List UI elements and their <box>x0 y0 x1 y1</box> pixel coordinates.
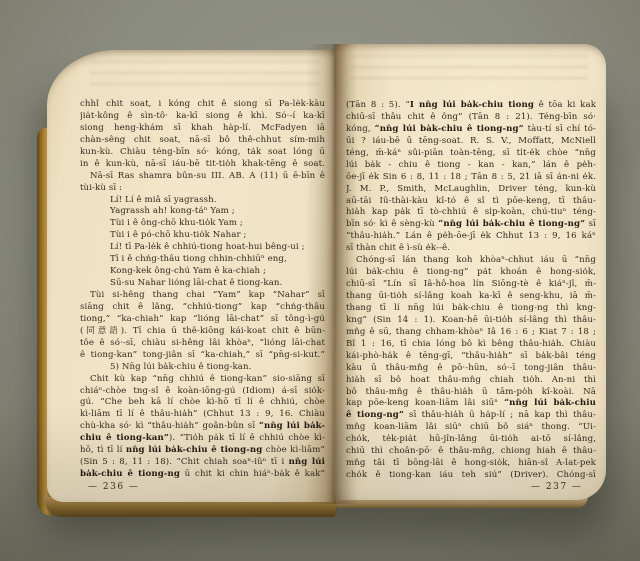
text-line: chiu ê tiong-kan”). “Tio̍h pa̍k tī lí ê … <box>80 433 325 445</box>
text-segment: sī thâu-hia̍h ū ha̍p-lí ; nā kap thì thâ… <box>404 410 596 420</box>
text-line: lúi ba̍k-chiu ê tiong-ng” pa̍t khoán ê h… <box>346 267 596 279</box>
bold-text-segment: nn̄g lúi ba̍k-chiu ê tiong-ng <box>126 445 263 455</box>
text-line: Nā-sī Ras shamra bûn-su III. AB. A (11) … <box>80 171 325 183</box>
text-line: siong heng-khám sī khah ha̍p-lí. McFadye… <box>80 123 325 135</box>
text-line: cho̍k, te̍k-pia̍t hū-jîn-lâng ūi-tio̍h a… <box>346 434 596 446</box>
text-segment: kun-kù. Chiàu téng-bīn só· kóng, ta̍k so… <box>80 147 325 157</box>
text-line: in ê kun-kù, nā-sī iáu-bē tit-tio̍h khak… <box>80 159 325 171</box>
text-segment: sī thàn chit ê ì-sù e̍k--ê. <box>346 243 450 253</box>
text-segment: téng, m̄-káⁿ sûi-piān toàn-tēng, sī ti̍t… <box>346 148 596 158</box>
text-line: Yagrassh ah! kong-táⁿ Yam ; <box>80 206 325 218</box>
text-line: Kong-kek ông-chú Yam ê ka-chiah ; <box>80 266 325 278</box>
text-line: ūi ? iáu-bē ū tēng-soat. R. S. V., Moffa… <box>346 136 596 148</box>
text-line: chù-kha só· kì “thâu-hia̍h” goân-bûn sī … <box>80 421 325 433</box>
text-segment: gú. “Che beh kā lí chòe kì-hō tī lí ê ch… <box>80 397 325 407</box>
text-segment: chòe kì-liām” <box>262 445 325 455</box>
text-line: mn̂g koan-liām lâi siūⁿ chiū bô siáⁿ tho… <box>346 422 596 434</box>
text-line: chiū thì choân-pō· ê thâu-mn̂g, chiong h… <box>346 446 596 458</box>
text-line: thang ūi-tio̍h sí-lâng koah ka-kī ê seng… <box>346 291 596 303</box>
text-line: hia̍h kap pa̍k tī tò-chhiú ê si̍p-koàn, … <box>346 207 596 219</box>
text-line: Sū-su Nahar lióng lāi-chat ê tiong-kan. <box>80 278 325 290</box>
text-segment: ū chit ki chin hiáⁿ-ba̍k ê kak” <box>180 469 325 479</box>
text-segment: bīn só· kì ê sèng-kù <box>346 219 438 229</box>
text-line: ê tiong-kan” tong-jiân sī “ka-chiah,” sī… <box>80 350 325 362</box>
text-line: kun-kù. Chiàu téng-bīn só· kóng, ta̍k so… <box>80 147 325 159</box>
text-segment: siong heng-khám sī khah ha̍p-lí. McFadye… <box>80 123 325 133</box>
text-segment: Tùi i ê ông-chō khu-tio̍k Yam ; <box>110 218 243 228</box>
text-line: Tùi i ê pó-chō khu-tio̍k Nahar ; <box>80 230 325 242</box>
text-segment: aū-tāi Iû-thài-kàu kî-tó ê sî tì pōe-ken… <box>346 196 596 206</box>
text-segment: thang ūi-tio̍h sí-lâng koah ka-kī ê seng… <box>346 291 596 301</box>
text-line: siāng chit ê lâng, “chhiú-tiong” kap “ch… <box>80 302 325 314</box>
text-line: bīn só· kì ê sèng-kù “nn̄g lúi ba̍k-chiu… <box>346 219 596 231</box>
text-segment: lúi ba̍k-chiu ê tiong-ng” pa̍t khoán ê h… <box>346 267 596 277</box>
text-line: kàu ū thâu-mn̂g ê pō·-hūn, só·-ī tong-ji… <box>346 363 596 375</box>
bold-text-segment: “nn̄g lúi ba̍k-chiu ê tiong-ng” <box>438 219 585 229</box>
right-page-number: — 237 — <box>531 482 582 492</box>
book-photo: chhî chit soat, i kóng chit ê siong sī P… <box>0 0 640 561</box>
text-segment: Sū-su Nahar lióng lāi-chat ê tiong-kan. <box>110 278 282 288</box>
text-line: J. M. P., Smith, McLaughlin, Driver téng… <box>346 184 596 196</box>
text-line: aū-tāi Iû-thài-kàu kî-tó ê sî tì pōe-ken… <box>346 196 596 208</box>
text-segment: ê tiong-kan” tong-jiân sī “ka-chiah,” sī… <box>80 350 325 360</box>
text-segment: Tùi i ê pó-chō khu-tio̍k Nahar ; <box>110 230 247 240</box>
bold-text-segment: ba̍k-chiu ê tiong-ng <box>80 469 180 479</box>
left-page-text-column: chhî chit soat, i kóng chit ê siong sī P… <box>80 99 325 481</box>
text-segment: (Sin 5 : 8, 11 : 18). “Chit chiah soaⁿ-i… <box>80 457 289 467</box>
text-line: téng, m̄-káⁿ sûi-piān toàn-tēng, sī ti̍t… <box>346 148 596 160</box>
text-line: ba̍k-chiu ê tiong-ng ū chit ki chin hiáⁿ… <box>80 469 325 481</box>
text-line: gú. “Che beh kā lí chòe kì-hō tī lí ê ch… <box>80 397 325 409</box>
text-segment: mn̂g koan-liām lâi siūⁿ chiū bô siáⁿ tho… <box>346 422 596 432</box>
text-line: kng” (Sin 14 : 1). Koan-hē ūi-tio̍h sí-l… <box>346 315 596 327</box>
text-line: (Sin 5 : 8, 11 : 18). “Chit chiah soaⁿ-i… <box>80 457 325 469</box>
bold-text-segment: ê tiong-ng” <box>346 410 404 420</box>
text-line: kap pōe-keng koan-liām lâi siūⁿ “nn̄g lú… <box>346 398 596 410</box>
text-segment: “thâu-hia̍h.” Lán ê pe̍h-ōe-jī e̍k Chhut… <box>346 231 596 241</box>
text-segment: J. M. P., Smith, McLaughlin, Driver téng… <box>346 184 596 194</box>
text-line: tôe ê só·-sī, chiàu si-hêng lâi khòaⁿ, “… <box>80 338 325 350</box>
text-line: hia̍h sī bô hoat thâu-mn̂g chiah tio̍h. … <box>346 375 596 387</box>
text-segment: (同意語). Tī chia ū thê-kiōng kái-koat chit… <box>80 326 325 336</box>
text-segment: ōe-jī e̍k Sin 6 : 8, 11 : 18 ; Tān 8 : 5… <box>346 172 596 182</box>
text-line: lúi ba̍k - chiu ê tiong - kan - kan,” lá… <box>346 160 596 172</box>
text-segment: chiū-sī thâu chit ê ông” (Tān 8 : 21). T… <box>346 112 596 122</box>
text-line: Tùi si-hêng thang chai “Yam” kap “Nahar”… <box>80 290 325 302</box>
text-line: kì-liām tī lí ê thâu-hia̍h” (Chhut 13 : … <box>80 409 325 421</box>
text-segment: chàn-sêng chit soat, nā-sī bô thê-chhut … <box>80 135 325 145</box>
text-segment: hia̍h kap pa̍k tī tò-chhiú ê si̍p-koàn, … <box>346 207 596 217</box>
text-segment: chhî chit soat, i kóng chit ê siong sī P… <box>80 99 325 109</box>
text-line: 5) Nn̄g lúi ba̍k-chiu ê tiong-kan. <box>80 362 325 374</box>
text-segment: hia̍h sī bô hoat thâu-mn̂g chiah tio̍h. … <box>346 375 596 385</box>
text-segment: kap pōe-keng koan-liām lâi siūⁿ <box>346 398 504 408</box>
bold-text-segment: “nn̄g lúi ba̍k-chiu ê tiong-ng” <box>375 124 524 134</box>
text-segment: Yagrassh ah! kong-táⁿ Yam ; <box>110 206 235 216</box>
text-line: Chóng-sī lán thang koh khòaⁿ-chhut iáu ū… <box>346 255 596 267</box>
text-line: ōe-jī e̍k Sin 6 : 8, 11 : 18 ; Tān 8 : 5… <box>346 172 596 184</box>
text-segment: kng” (Sin 14 : 1). Koan-hē ūi-tio̍h sí-l… <box>346 315 596 325</box>
text-segment: Lí! Lí ê miâ sī yagrassh. <box>110 195 217 205</box>
text-segment: chiáⁿ-chòe tng-sî ê koàn-iōng-gú (Idiom)… <box>80 386 325 396</box>
text-segment: mn̂g tâi tī bōng-lāi ê hong-sio̍k, hiān-… <box>346 458 596 468</box>
text-segment: chiū thì choân-pō· ê thâu-mn̂g, chiong h… <box>346 446 596 456</box>
text-segment: Nā-sī Ras shamra bûn-su III. AB. A (11) … <box>90 171 325 181</box>
text-segment: bô thâu-mn̂g ê thâu-hia̍h ū tām-po̍h kî-… <box>346 387 596 397</box>
text-line: hō, tì tī lí nn̄g lúi ba̍k-chiu ê tiong-… <box>80 445 325 457</box>
text-segment: chù-kha só· kì “thâu-hia̍h” goân-bûn sī <box>80 421 259 431</box>
text-line: tùi-kù sī : <box>80 183 325 195</box>
bold-text-segment: “nn̄g lúi ba̍k- <box>259 421 325 431</box>
text-line: bô thâu-mn̂g ê thâu-hia̍h ū tām-po̍h kî-… <box>346 387 596 399</box>
text-line: (同意語). Tī chia ū thê-kiōng kái-koat chit… <box>80 326 325 338</box>
text-segment: sī <box>585 219 596 229</box>
text-line: sī thàn chit ê ì-sù e̍k--ê. <box>346 243 596 255</box>
text-line: mn̂g ê sū, thang chham-khòaⁿ Iâ 16 : 6 ;… <box>346 327 596 339</box>
text-segment: Kong-kek ông-chú Yam ê ka-chiah ; <box>110 266 266 276</box>
text-line: Lí! Lí ê miâ sī yagrassh. <box>80 195 325 207</box>
text-segment: lúi ba̍k - chiu ê tiong - kan - kan,” lá… <box>346 160 596 170</box>
text-segment: siāng chit ê lâng, “chhiú-tiong” kap “ch… <box>80 302 325 312</box>
text-line: Chit kù kap “nn̄g chhiú ê tiong-kan” sio… <box>80 374 325 386</box>
text-segment: chiū-sī “Lín sī Iâ-hô-hoa lín Siōng-tè ê… <box>346 279 596 289</box>
text-segment: cho̍k ê tiong-kan iáu teh siú” (Driver).… <box>346 470 596 480</box>
bold-text-segment: nn̄g lúi <box>289 457 325 467</box>
text-segment: Bî 1 : 16, tī chia lóng bô kì bêng thâu-… <box>346 339 596 349</box>
text-segment: kái-phò-ha̍k ê tēng-gī, “thâu-hia̍h” sī … <box>346 351 596 361</box>
text-line: chiū-sī “Lín sī Iâ-hô-hoa lín Siōng-tè ê… <box>346 279 596 291</box>
text-line: ê tiong-ng” sī thâu-hia̍h ū ha̍p-lí ; nā… <box>346 410 596 422</box>
text-line: Tùi i ê ông-chō khu-tio̍k Yam ; <box>80 218 325 230</box>
text-line: chiū-sī thâu chit ê ông” (Tān 8 : 21). T… <box>346 112 596 124</box>
text-line: jia̍t-kông ê sìn-tô· ka-kī siong ê khì. … <box>80 111 325 123</box>
text-line: Bî 1 : 16, tī chia lóng bô kì bêng thâu-… <box>346 339 596 351</box>
text-line: kái-phò-ha̍k ê tēng-gī, “thâu-hia̍h” sī … <box>346 351 596 363</box>
text-segment: Tī i ê chńg-thâu tiong chhin-chhiūⁿ eng, <box>110 254 287 264</box>
text-line: tiong,” “ka-chiah” kap “lióng lāi-chat” … <box>80 314 325 326</box>
text-line: chàn-sêng chit soat, nā-sī bô thê-chhut … <box>80 135 325 147</box>
right-page-text-column: (Tān 8 : 5). “I nn̄g lúi ba̍k-chiu tiong… <box>346 100 596 482</box>
text-segment: ūi ? iáu-bē ū tēng-soat. R. S. V., Moffa… <box>346 136 596 146</box>
text-segment: hō, tì tī lí <box>80 445 126 455</box>
text-segment: tàu-tí sī chí tó- <box>524 124 596 134</box>
text-segment: tùi-kù sī : <box>80 183 122 193</box>
text-segment: Chit kù kap “nn̄g chhiú ê tiong-kan” sio… <box>90 374 325 384</box>
text-line: “thâu-hia̍h.” Lán ê pe̍h-ōe-jī e̍k Chhut… <box>346 231 596 243</box>
text-segment: jia̍t-kông ê sìn-tô· ka-kī siong ê khì. … <box>80 111 325 121</box>
text-segment: in ê kun-kù, nā-sī iáu-bē tit-tio̍h khak… <box>80 159 325 169</box>
text-segment: cho̍k, te̍k-pia̍t hū-jîn-lâng ūi-tio̍h a… <box>346 434 596 444</box>
left-page-number: — 236 — <box>88 482 139 492</box>
text-line: kóng, “nn̄g lúi ba̍k-chiu ê tiong-ng” tà… <box>346 124 596 136</box>
text-line: mn̂g tâi tī bōng-lāi ê hong-sio̍k, hiān-… <box>346 458 596 470</box>
text-segment: kì-liām tī lí ê thâu-hia̍h” (Chhut 13 : … <box>80 409 325 419</box>
text-line: (Tān 8 : 5). “I nn̄g lúi ba̍k-chiu tiong… <box>346 100 596 112</box>
text-segment: ê tōa ki kak <box>534 100 596 110</box>
text-line: cho̍k ê tiong-kan iáu teh siú” (Driver).… <box>346 470 596 482</box>
text-segment: 5) Nn̄g lúi ba̍k-chiu ê tiong-kan. <box>110 362 251 372</box>
text-line: thang tī lí nn̄g lúi ba̍k-chiu ê tiong-n… <box>346 303 596 315</box>
text-segment: thang tī lí nn̄g lúi ba̍k-chiu ê tiong-n… <box>346 303 596 313</box>
text-segment: tiong,” “ka-chiah” kap “lióng lāi-chat” … <box>80 314 325 324</box>
bold-text-segment: “nn̄g lúi ba̍k-chiu <box>504 398 596 408</box>
text-segment: kàu ū thâu-mn̂g ê pō·-hūn, só·-ī tong-ji… <box>346 363 596 373</box>
text-line: chhî chit soat, i kóng chit ê siong sī P… <box>80 99 325 111</box>
text-segment: Chóng-sī lán thang koh khòaⁿ-chhut iáu ū… <box>356 255 596 265</box>
text-segment: mn̂g ê sū, thang chham-khòaⁿ Iâ 16 : 6 ;… <box>346 327 596 337</box>
text-line: Tī i ê chńg-thâu tiong chhin-chhiūⁿ eng, <box>80 254 325 266</box>
text-segment: Lí! tī Pa-le̍k ê chhiú-tiong hoat-hui bê… <box>110 242 305 252</box>
bold-text-segment: chiu ê tiong-kan” <box>80 433 169 443</box>
text-segment: tôe ê só·-sī, chiàu si-hêng lâi khòaⁿ, “… <box>80 338 325 348</box>
text-line: Lí! tī Pa-le̍k ê chhiú-tiong hoat-hui bê… <box>80 242 325 254</box>
text-line: chiáⁿ-chòe tng-sî ê koàn-iōng-gú (Idiom)… <box>80 386 325 398</box>
text-segment: kóng, <box>346 124 375 134</box>
text-segment: (Tān 8 : 5). “ <box>346 100 410 110</box>
text-segment: ). “Tio̍h pa̍k tī lí ê chhiú chòe kì- <box>169 433 325 443</box>
bold-text-segment: I nn̄g lúi ba̍k-chiu tiong <box>410 100 534 110</box>
text-segment: Tùi si-hêng thang chai “Yam” kap “Nahar”… <box>90 290 325 300</box>
